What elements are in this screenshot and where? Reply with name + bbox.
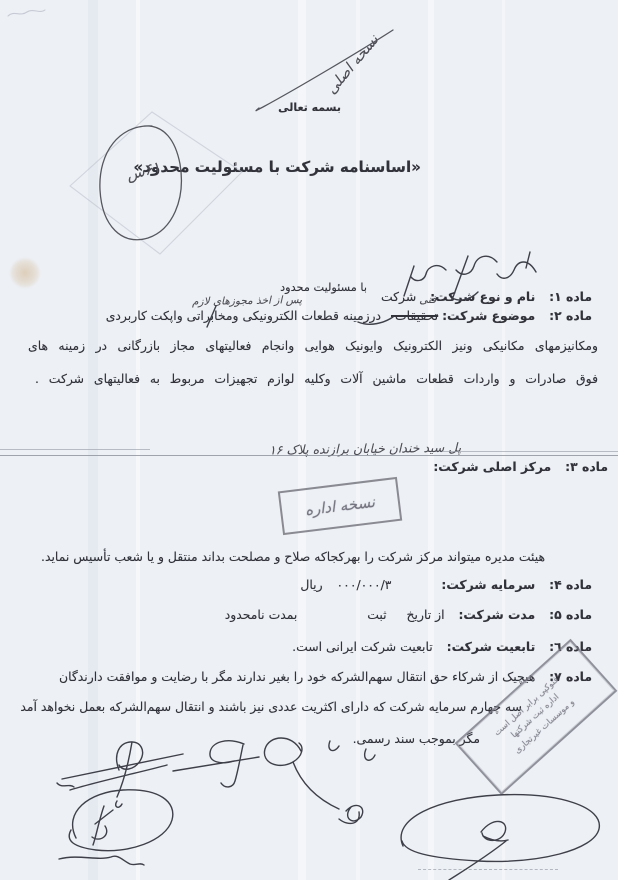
scan-line — [0, 449, 150, 450]
article-2-body: درزمینه قطعات الکترونیکی ومخابراتی واپکت… — [106, 308, 381, 323]
handwritten-original-copy-note: نسخه اصلی — [324, 32, 383, 97]
article-5-field: مدت شرکت: — [458, 607, 535, 622]
article-4-line: ماده ۴: سرمایه شرکت: ۳/۰۰۰/۰۰۰ ریال — [300, 577, 592, 593]
office-copy-stamp-text: نسخه اداره — [304, 493, 376, 519]
hand-circle — [100, 126, 182, 240]
certified-copy-stamp: فتوکپی برابر اصل است اداره ثبت شرکتها و … — [455, 639, 618, 795]
capital-currency: ریال — [300, 577, 322, 592]
scan-dotted-line — [418, 869, 558, 870]
article-7-line-2: سه چهارم سرمایه شرکت که دارای اکثریت عدد… — [20, 699, 522, 715]
office-copy-stamp: نسخه اداره — [278, 477, 402, 535]
article-3-field: مرکز اصلی شرکت: — [433, 459, 551, 474]
pencil-scribble — [8, 10, 45, 16]
article-5-label: ماده ۵: — [549, 607, 592, 622]
article-2-line: ماده ۲: موضوع شرکت: تحقیقات فنی درزمینه … — [106, 308, 592, 324]
signature-3 — [264, 738, 375, 823]
scan-line — [0, 455, 618, 456]
scan-streak — [136, 0, 140, 880]
article-2-continuation-1: ومکانیزمهای مکانیکی ونیز الکترونیک وایون… — [28, 338, 598, 354]
article-5-line: ماده ۵: مدت شرکت: از تاریخ ثبت بمدت نامح… — [225, 607, 592, 623]
paper-stain — [10, 258, 40, 288]
scanned-document-page: نسخه اصلی بسمه تعالی «اساسنامه شرکت با م… — [0, 0, 618, 880]
article-3-label: ماده ۳: — [565, 459, 608, 474]
article-6-body: تابعیت شرکت ایرانی است. — [292, 639, 433, 654]
article-6-line: ماده ٦: تابعیت شرکت: تابعیت شرکت ایرانی … — [292, 639, 592, 655]
article-5-duration: بمدت نامحدود — [225, 607, 298, 622]
scan-streak — [298, 0, 306, 880]
article-3-board-note: هیئت مدیره میتواند مرکز شرکت را بهرکجاکه… — [41, 549, 545, 565]
article-1-field: نام و نوع شرکت: — [430, 289, 535, 304]
signature-2 — [173, 741, 259, 787]
article-6-field: تابعیت شرکت: — [447, 639, 536, 654]
article-1-line: ماده ۱: نام و نوع شرکت: شرکت — [381, 289, 592, 305]
article-2-label: ماده ۲: — [549, 308, 592, 323]
article-1-suffix: با مسئولیت محدود — [280, 281, 367, 295]
pencil-diamond — [70, 112, 242, 254]
article-4-field: سرمایه شرکت: — [441, 577, 535, 592]
scan-streak — [356, 0, 360, 880]
signature-4 — [59, 790, 173, 865]
bismillah-text: بسمه تعالی — [278, 101, 341, 115]
signature-5 — [401, 795, 599, 880]
article-4-label: ماده ۴: — [549, 577, 592, 592]
article-2-field: موضوع شرکت: — [442, 308, 535, 323]
signature-1 — [57, 742, 183, 797]
article-2-continuation-2: فوق صادرات و واردات قطعات ماشین آلات وکل… — [35, 371, 598, 387]
article-5-register-word: ثبت — [367, 607, 386, 622]
scan-streak — [88, 0, 98, 880]
article-7-line-1: ماده ٧: هیچیک از شرکاء حق انتقال سهم‌الش… — [29, 669, 592, 685]
article-2-struck-word: تحقیقات فنی — [391, 308, 438, 323]
handwritten-circle-number: ۶۱س — [124, 158, 162, 184]
article-3-line: ماده ۳: مرکز اصلی شرکت: — [433, 459, 608, 475]
article-1-label: ماده ۱: — [549, 289, 592, 304]
scan-line — [442, 451, 618, 452]
handwritten-permit-note: پس از اخذ مجوزهای لازم — [192, 294, 302, 308]
capital-amount: ۳/۰۰۰/۰۰۰ — [337, 577, 392, 592]
handwritten-inserted-word: فنی — [419, 294, 436, 307]
document-title: «اساسنامه شرکت با مسئولیت محدود» — [133, 158, 421, 177]
article-1-body: شرکت — [381, 289, 416, 304]
article-5-body: از تاریخ — [407, 607, 445, 622]
